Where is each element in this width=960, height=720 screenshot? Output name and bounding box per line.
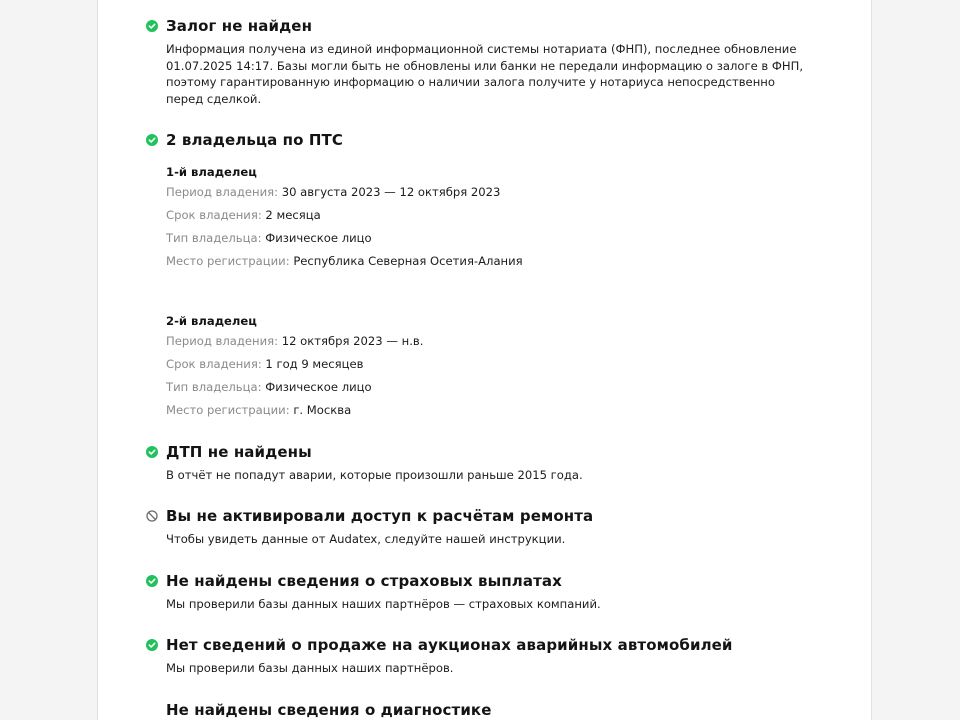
field-label: Период владения: (166, 185, 278, 199)
field-label: Срок владения: (166, 208, 262, 222)
field-value: Республика Северная Осетия-Алания (293, 254, 522, 268)
section-description: Мы проверили базы данных наших партнёров… (166, 596, 826, 613)
section-insurance-payments: Не найдены сведения о страховых выплатах… (146, 570, 826, 613)
section-repair-calculations: Вы не активировали доступ к расчётам рем… (146, 505, 826, 548)
check-circle-icon (146, 20, 158, 32)
owner-field-registration: Место регистрации: Республика Северная О… (166, 250, 806, 273)
field-value: 12 октября 2023 — н.в. (282, 334, 424, 348)
field-value: 2 месяца (265, 208, 320, 222)
owner-card-2: 2-й владелец Период владения: 12 октября… (166, 312, 806, 422)
section-title: Нет сведений о продаже на аукционах авар… (166, 636, 733, 654)
owner-field-period: Период владения: 12 октября 2023 — н.в. (166, 330, 806, 353)
field-value: 30 августа 2023 — 12 октября 2023 (282, 185, 501, 199)
check-circle-icon (146, 446, 158, 458)
field-label: Срок владения: (166, 357, 262, 371)
owner-field-duration: Срок владения: 2 месяца (166, 204, 806, 227)
owner-field-duration: Срок владения: 1 год 9 месяцев (166, 353, 806, 376)
owner-title: 2-й владелец (166, 312, 806, 330)
check-circle-icon (146, 134, 158, 146)
owner-field-period: Период владения: 30 августа 2023 — 12 ок… (166, 181, 806, 204)
field-value: г. Москва (293, 403, 351, 417)
owner-field-type: Тип владельца: Физическое лицо (166, 227, 806, 250)
owner-card-1: 1-й владелец Период владения: 30 августа… (166, 163, 806, 273)
owner-title: 1-й владелец (166, 163, 806, 181)
field-value: 1 год 9 месяцев (265, 357, 363, 371)
check-circle-icon (146, 575, 158, 587)
owner-field-type: Тип владельца: Физическое лицо (166, 376, 806, 399)
section-owners: 2 владельца по ПТС (146, 129, 826, 151)
section-title: 2 владельца по ПТС (166, 131, 343, 149)
prohibited-icon (146, 510, 158, 522)
section-pledge: Залог не найден Информация получена из е… (146, 15, 826, 107)
section-description: В отчёт не попадут аварии, которые произ… (166, 467, 826, 484)
section-title: Не найдены сведения о страховых выплатах (166, 572, 562, 590)
section-title: ДТП не найдены (166, 443, 312, 461)
section-title: Вы не активировали доступ к расчётам рем… (166, 507, 593, 525)
field-label: Тип владельца: (166, 231, 262, 245)
section-description: Чтобы увидеть данные от Audatex, следуйт… (166, 531, 826, 548)
check-circle-icon (146, 639, 158, 651)
field-value: Физическое лицо (265, 380, 371, 394)
section-title: Не найдены сведения о диагностике (166, 701, 492, 719)
owner-field-registration: Место регистрации: г. Москва (166, 399, 806, 422)
report-page: Залог не найден Информация получена из е… (97, 0, 872, 720)
section-title: Залог не найден (166, 17, 312, 35)
section-salvage-auctions: Нет сведений о продаже на аукционах авар… (146, 634, 826, 677)
field-label: Место регистрации: (166, 403, 290, 417)
section-accidents: ДТП не найдены В отчёт не попадут аварии… (146, 441, 826, 484)
section-description: Мы проверили базы данных наших партнёров… (166, 660, 826, 677)
section-description: Информация получена из единой информацио… (166, 41, 806, 107)
section-diagnostics: Не найдены сведения о диагностике (146, 699, 826, 720)
field-label: Место регистрации: (166, 254, 290, 268)
field-label: Тип владельца: (166, 380, 262, 394)
field-label: Период владения: (166, 334, 278, 348)
field-value: Физическое лицо (265, 231, 371, 245)
